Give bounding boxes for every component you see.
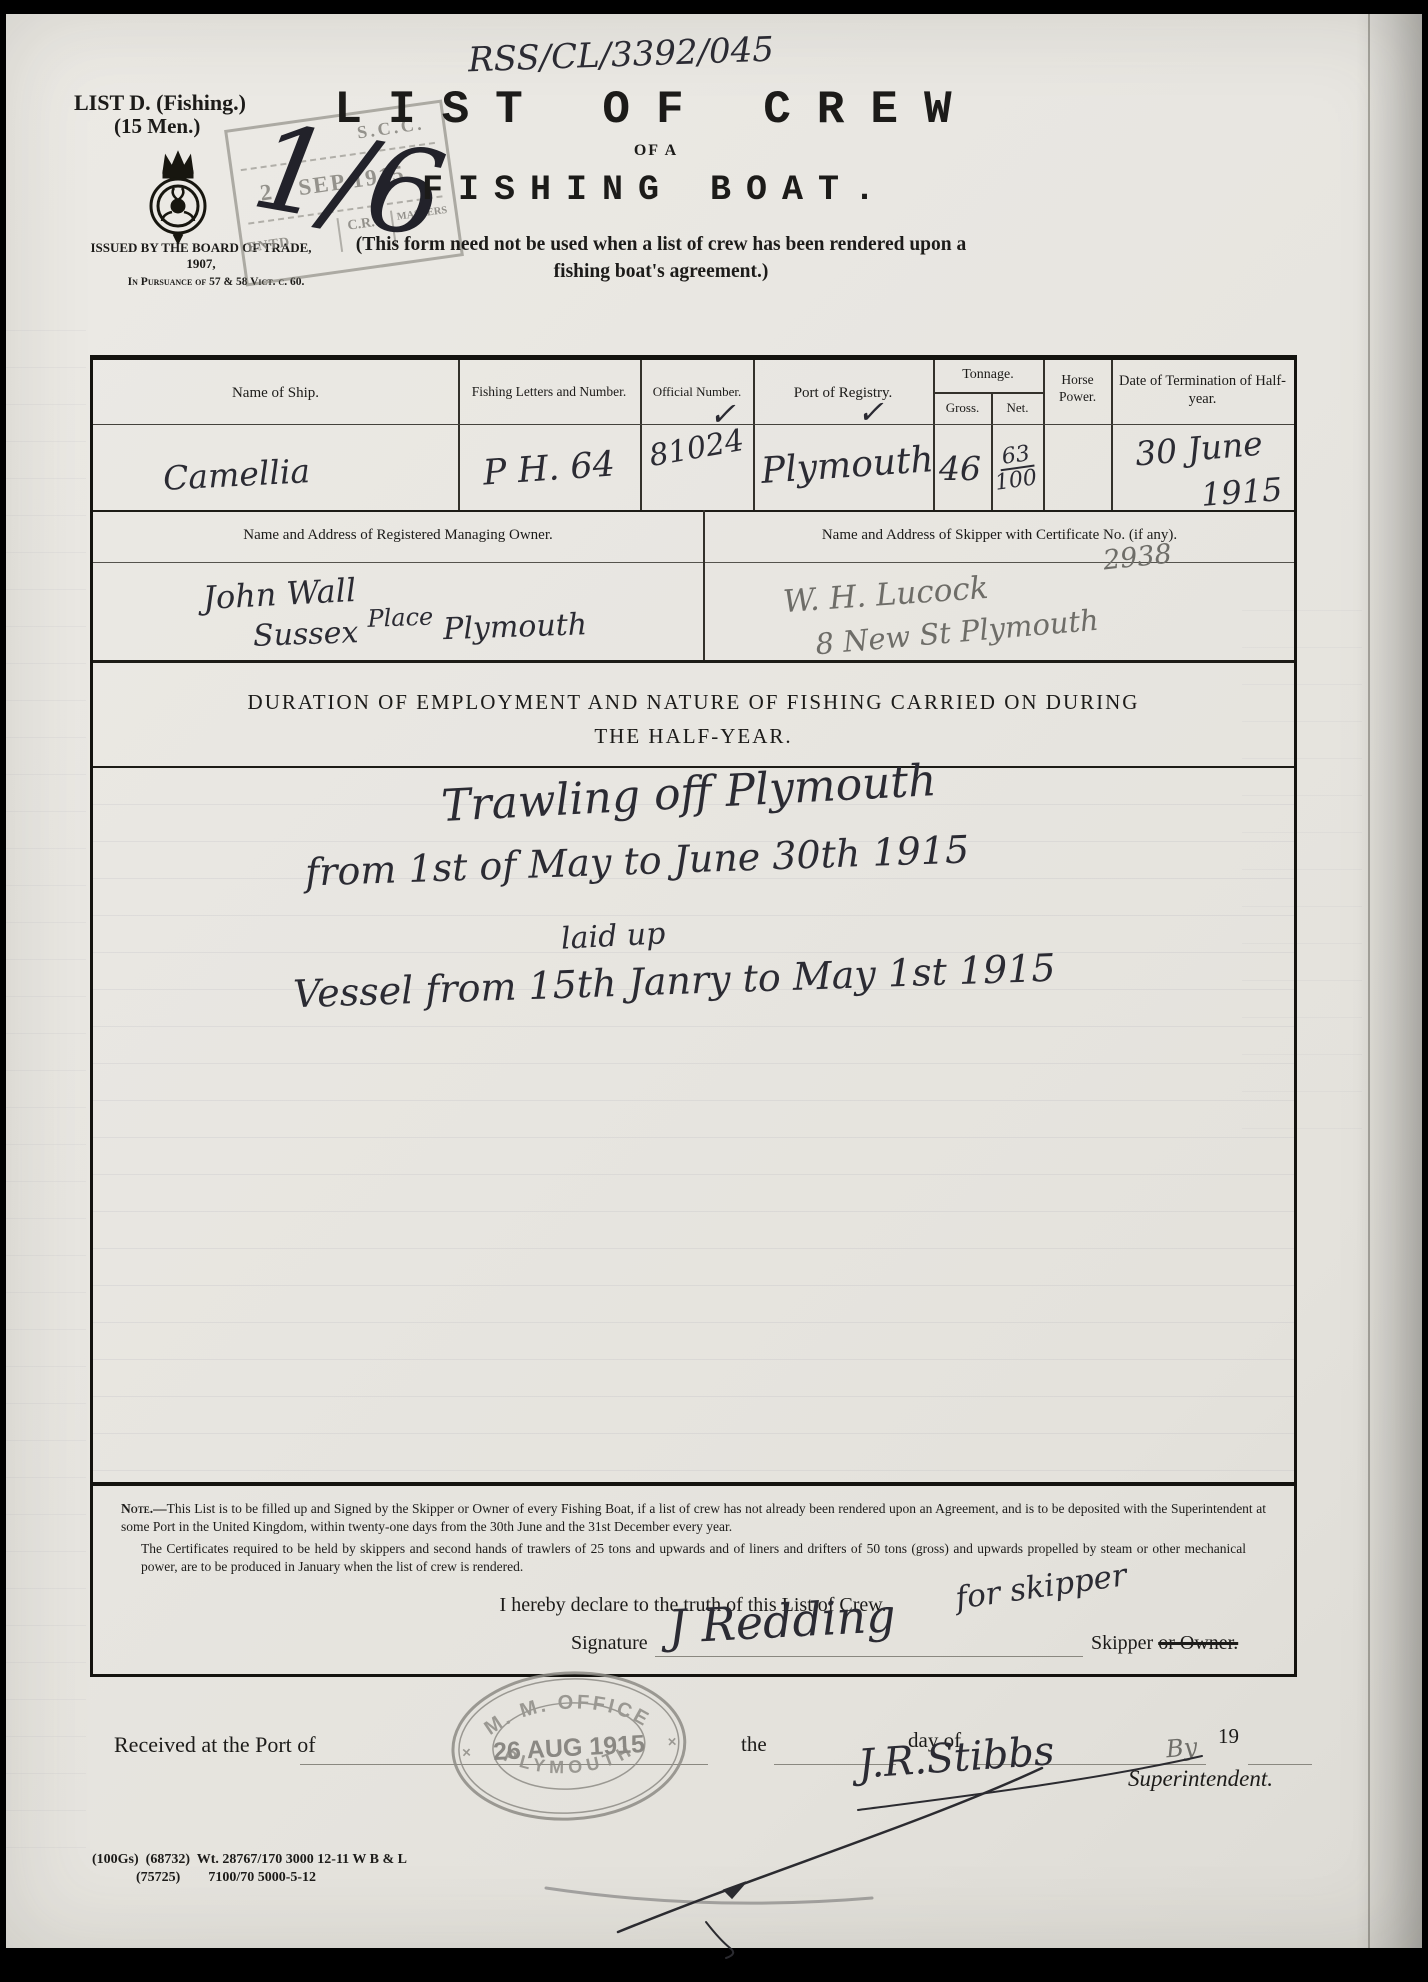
role-label: Skipper or Owner. [1091,1632,1238,1655]
ship-name-value: Camellia [162,454,311,495]
duration-entry-line3: laid up [560,919,666,954]
skipper-header: Name and Address of Skipper with Certifi… [705,526,1294,545]
usage-note-line1: (This form need not be used when a list … [306,234,1016,256]
board-of-trade-badge-icon [134,146,222,251]
form-box: Name of Ship. Fishing Letters and Number… [90,355,1297,1677]
fishing-letters-value: P H. 64 [482,447,616,491]
declarant-signature: J Redding [667,1592,897,1650]
imprint-line2: (75725) 7100/70 5000-5-12 [136,1870,316,1886]
archive-reference: RSS/CL/3392/045 [467,33,774,78]
note-paragraph-1: Note.—This List is to be filled up and S… [121,1500,1266,1535]
col-header-termination: Date of Termination of Half-year. [1115,372,1290,408]
col-header-tonnage: Tonnage. [935,366,1041,384]
owner-address-part2: Plymouth [443,607,588,647]
col-header-net: Net. [993,400,1042,416]
role-kept: Skipper [1091,1632,1158,1654]
col-header-gross: Gross. [935,400,990,416]
owner-header: Name and Address of Registered Managing … [93,526,703,545]
superintendent-signature: J.R.Stibbs [857,1731,1056,1785]
year-line [1248,1764,1312,1765]
note-label: Note.— [121,1501,167,1516]
col-header-horse-power: Horse Power. [1045,372,1110,406]
col-header-port-of-registry: Port of Registry. [755,384,931,403]
col-line [753,360,755,510]
usage-note-line2: fishing boat's agreement.) [306,261,1016,283]
port-checkmark-icon: ✓ [857,396,884,428]
imprint-line1: (100Gs) (68732) Wt. 28767/170 3000 12-11… [92,1852,407,1868]
paper-sheet: RSS/CL/3392/045 LIST D. (Fishing.) (15 M… [6,14,1422,1948]
col-line [1111,360,1113,510]
document-page: RSS/CL/3392/045 LIST D. (Fishing.) (15 M… [0,0,1428,1982]
col-line [458,360,460,510]
title-sub: FISHING BOAT. [256,170,1056,210]
port-of-registry-value: Plymouth [760,442,935,490]
page-title: LIST OF CREW [256,84,1056,136]
owner-address-value: Sussex Place Plymouth [253,610,588,652]
duration-heading-line2: THE HALF-YEAR. [133,724,1254,749]
tonnage-net-denominator: 100 [994,466,1039,495]
form-code-line1: LIST D. (Fishing.) [74,90,246,116]
row-divider [93,510,1294,512]
duration-heading-line1: DURATION OF EMPLOYMENT AND NATURE OF FIS… [133,690,1254,715]
owner-address-inserted: Place [367,605,434,631]
skipper-certificate-no: 2938 [1102,540,1173,574]
the-label: the [741,1732,767,1757]
received-label: Received at the Port of [114,1732,316,1758]
signature-label: Signature [571,1632,648,1655]
header-underline [93,424,1294,425]
note-text-1: This List is to be filled up and Signed … [121,1501,1266,1534]
col-line [640,360,642,510]
role-struck: or Owner. [1158,1632,1238,1654]
skipper-header-underline [705,562,1294,563]
superintendent-label: Superintendent. [1128,1766,1273,1792]
col-header-fishing-letters: Fishing Letters and Number. [460,384,638,401]
page-edge-line [1368,14,1370,1948]
termination-date-line2: 1915 [1200,473,1283,511]
tonnage-subdivider [933,392,1043,394]
title-of-a: OF A [256,142,1056,160]
mm-office-stamp: M. M. OFFICE PLYMOUTH 26 AUG 1915 × × [440,1660,698,1838]
left-margin-rules [6,294,86,1874]
col-header-name-of-ship: Name of Ship. [93,384,458,403]
owner-header-underline [93,562,703,563]
row-divider [93,660,1294,663]
termination-date-line1: 30 June [1134,426,1264,470]
stamp-star-left: × [462,1744,472,1761]
note-divider [93,1482,1294,1486]
tonnage-gross-value: 46 [939,452,981,485]
official-number-value: 81024 [647,426,746,472]
page-edge-shadow [1356,14,1422,1948]
owner-name-value: John Wall [202,574,357,614]
signature-line [655,1656,1083,1657]
tonnage-net-value: 63 100 [995,444,1037,492]
skipper-name-value: W. H. Lucock [782,573,989,618]
form-code-line2: (15 Men.) [114,114,200,139]
by-hand-note: By [1165,1735,1198,1762]
stamp-star-right: × [667,1733,677,1750]
owner-address-part1: Sussex [252,615,359,654]
year-prefix: 19 [1218,1724,1239,1749]
